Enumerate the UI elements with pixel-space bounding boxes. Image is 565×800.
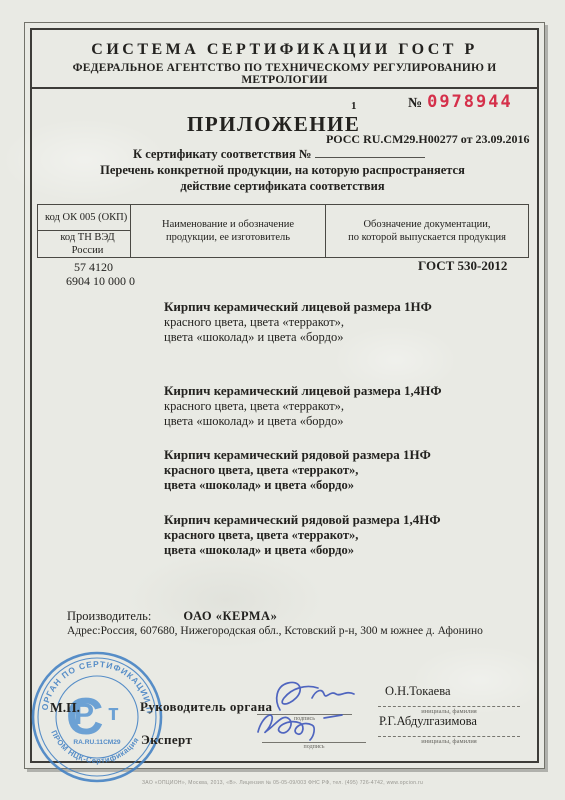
printer-info: ЗАО «ОПЦИОН», Москва, 2013, «В». Лицензи… bbox=[0, 780, 565, 786]
tnved-code-value: 6904 10 000 0 bbox=[66, 274, 135, 289]
expert-signature bbox=[250, 702, 375, 744]
product-title: Кирпич керамический лицевой размера 1НФ bbox=[164, 299, 432, 315]
product-item: Кирпич керамический рядовой размера 1НФ … bbox=[164, 447, 431, 494]
product-colors-line1: красного цвета, цвета «терракот», bbox=[164, 315, 432, 331]
producer-address: Адрес:Россия, 607680, Нижегородская обл.… bbox=[67, 625, 483, 637]
product-item: Кирпич керамический лицевой размера 1НФ … bbox=[164, 299, 432, 346]
product-colors-line2: цвета «шоколад» и цвета «бордо» bbox=[164, 414, 442, 430]
producer-label: Производитель: bbox=[67, 609, 151, 623]
expert-label: Эксперт bbox=[141, 732, 192, 748]
certificate-page: СИСТЕМА СЕРТИФИКАЦИИ ГОСТ Р ФЕДЕРАЛЬНОЕ … bbox=[0, 0, 565, 800]
product-colors-line2: цвета «шоколад» и цвета «бордо» bbox=[164, 543, 441, 559]
okp-code-value: 57 4120 bbox=[74, 260, 113, 275]
code-column-header: код ОК 005 (ОКП) код ТН ВЭД России bbox=[38, 205, 131, 257]
expert-name: Р.Г.Абдулгазимова bbox=[379, 714, 477, 729]
head-name-line: инициалы, фамилия bbox=[378, 706, 520, 715]
product-colors-line1: красного цвета, цвета «терракот», bbox=[164, 528, 441, 544]
product-title: Кирпич керамический рядовой размера 1НФ bbox=[164, 447, 431, 463]
svg-text:т: т bbox=[108, 700, 119, 725]
okp-code-header: код ОК 005 (ОКП) bbox=[38, 205, 130, 231]
product-item: Кирпич керамический рядовой размера 1,4Н… bbox=[164, 512, 441, 559]
producer-name: ОАО «КЕРМА» bbox=[183, 609, 277, 623]
mp-mark: М.П. bbox=[50, 700, 80, 716]
product-colors-line1: красного цвета, цвета «терракот», bbox=[164, 399, 442, 415]
product-title: Кирпич керамический лицевой размера 1,4Н… bbox=[164, 383, 442, 399]
expert-name-line: инициалы, фамилия bbox=[378, 736, 520, 745]
product-colors-line1: красного цвета, цвета «терракот», bbox=[164, 463, 431, 479]
stamp-code: RA.RU.11СМ29 bbox=[73, 739, 121, 746]
product-colors-line2: цвета «шоколад» и цвета «бордо» bbox=[164, 330, 432, 346]
product-item: Кирпич керамический лицевой размера 1,4Н… bbox=[164, 383, 442, 430]
producer-line: Производитель:ОАО «КЕРМА» bbox=[67, 609, 277, 624]
rst-logo: C P т bbox=[66, 688, 119, 746]
product-colors-line2: цвета «шоколад» и цвета «бордо» bbox=[164, 478, 431, 494]
product-title: Кирпич керамический рядовой размера 1,4Н… bbox=[164, 512, 441, 528]
tnved-code-header: код ТН ВЭД России bbox=[38, 231, 130, 257]
certification-stamp: ОРГАН ПО СЕРТИФИКАЦИИ ПРОДУКЦИИ ПРОМ НЦК… bbox=[28, 648, 166, 786]
head-name: О.Н.Токаева bbox=[385, 684, 451, 699]
